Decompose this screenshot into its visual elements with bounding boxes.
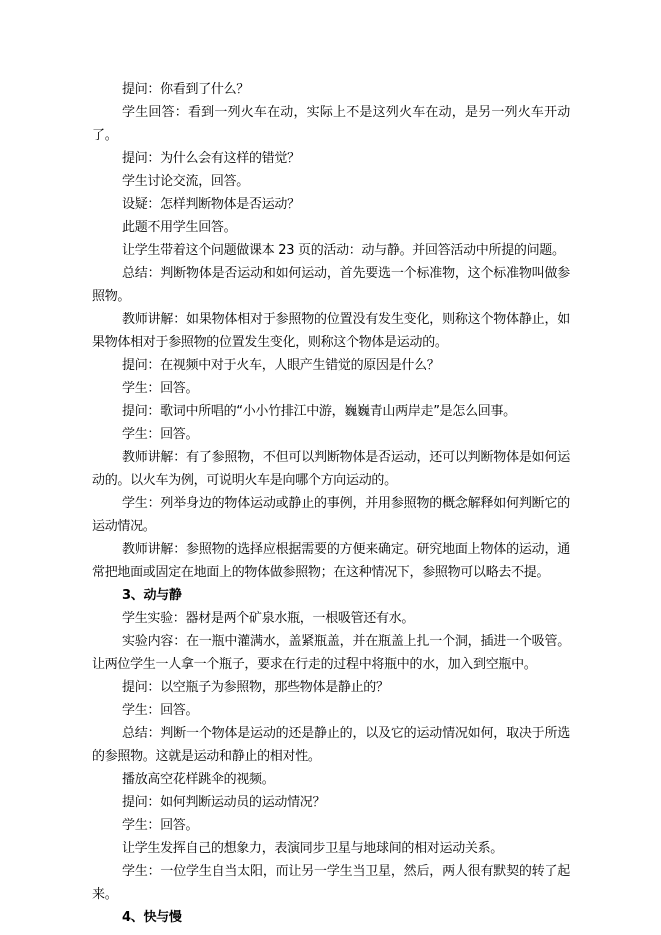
question-paragraph: 提问：歌词中所唱的“小小竹排江中游，巍巍青山两岸走”是怎么回事。 [92,400,570,423]
question-paragraph: 提问：你看到了什么？ [92,78,570,101]
summary-paragraph: 总结：判断物体是否运动和如何运动，首先要选一个标准物，这个标准物叫做参照物。 [92,262,570,308]
question-paragraph: 提问：以空瓶子为参照物，那些物体是静止的？ [92,676,570,699]
note-paragraph: 此题不用学生回答。 [92,216,570,239]
teacher-explanation-paragraph: 教师讲解：如果物体相对于参照物的位置没有发生变化，则称这个物体静止，如果物体相对… [92,308,570,354]
student-activity-paragraph: 学生：一位学生自当太阳，而让另一学生当卫星，然后，两人很有默契的转了起来。 [92,860,570,906]
student-answer-paragraph: 学生：回答。 [92,377,570,400]
question-paragraph: 提问：为什么会有这样的错觉？ [92,147,570,170]
teacher-explanation-paragraph: 教师讲解：参照物的选择应根据需要的方便来确定。研究地面上物体的运动，通常把地面或… [92,538,570,584]
student-answer-paragraph: 学生回答：看到一列火车在动，实际上不是这列火车在动，是另一列火车开动了。 [92,101,570,147]
student-answer-paragraph: 学生：回答。 [92,699,570,722]
student-answer-paragraph: 学生：回答。 [92,423,570,446]
experiment-content-paragraph: 实验内容：在一瓶中灌满水，盖紧瓶盖，并在瓶盖上扎一个洞，插进一个吸管。让两位学生… [92,630,570,676]
student-activity-paragraph: 学生：列举身边的物体运动或静止的事例，并用参照物的概念解释如何判断它的运动情况。 [92,492,570,538]
document-page: 提问：你看到了什么？ 学生回答：看到一列火车在动，实际上不是这列火车在动，是另一… [92,78,570,929]
activity-paragraph: 让学生发挥自己的想象力，表演同步卫星与地球间的相对运动关系。 [92,837,570,860]
section-heading: 3、动与静 [92,584,570,607]
inquiry-paragraph: 设疑：怎样判断物体是否运动？ [92,193,570,216]
video-paragraph: 播放高空花样跳伞的视频。 [92,768,570,791]
activity-paragraph: 让学生带着这个问题做课本 23 页的活动：动与静。并回答活动中所提的问题。 [92,239,570,262]
student-answer-paragraph: 学生：回答。 [92,814,570,837]
summary-paragraph: 总结：判断一个物体是运动的还是静止的，以及它的运动情况如何，取决于所选的参照物。… [92,722,570,768]
student-discussion-paragraph: 学生讨论交流，回答。 [92,170,570,193]
experiment-paragraph: 学生实验：器材是两个矿泉水瓶，一根吸管还有水。 [92,607,570,630]
section-heading: 4、快与慢 [92,906,570,929]
question-paragraph: 提问：如何判断运动员的运动情况？ [92,791,570,814]
teacher-explanation-paragraph: 教师讲解：有了参照物，不但可以判断物体是否运动，还可以判断物体是如何运动的。以火… [92,446,570,492]
question-paragraph: 提问：在视频中对于火车，人眼产生错觉的原因是什么？ [92,354,570,377]
